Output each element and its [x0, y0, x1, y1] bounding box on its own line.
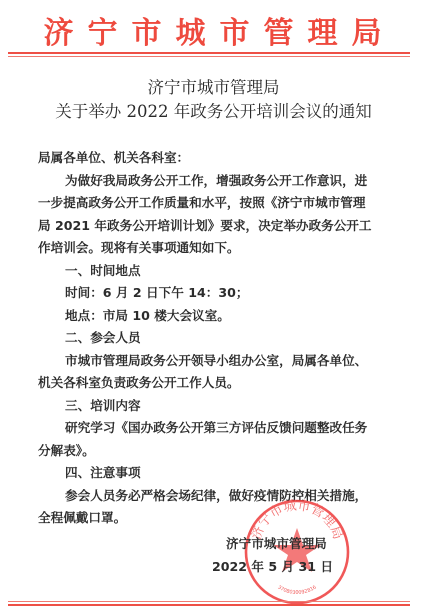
section-heading-attendees: 二、参会人员 — [38, 327, 388, 350]
section-heading-time-place: 一、时间地点 — [38, 260, 388, 283]
masthead-rule-thick — [8, 52, 410, 54]
document-title-line2: 关于举办 2022 年政务公开培训会议的通知 — [0, 100, 427, 124]
document-title-line1: 济宁市城市管理局 — [0, 76, 427, 100]
intro-line: 一步提高政务公开工作质量和水平，按照《济宁市城市管理 — [38, 192, 388, 215]
section-line: 市城市管理局政务公开领导小组办公室，局属各单位、 — [38, 350, 388, 373]
intro-line: 局 2021 年政务公开培训计划》要求，决定举办政务公开工 — [38, 215, 388, 238]
document-body: 局属各单位、机关各科室： 为做好我局政务公开工作，增强政务公开工作意识，进 一步… — [38, 147, 388, 530]
section-line: 机关各科室负责政务公开工作人员。 — [38, 372, 388, 395]
masthead-rule-thin — [8, 56, 410, 57]
section-line: 参会人员务必严格会场纪律，做好疫情防控相关措施， — [38, 485, 388, 508]
section-heading-notes: 四、注意事项 — [38, 462, 388, 485]
footer-rule-thin — [8, 601, 410, 602]
section-line: 时间：6 月 2 日下午 14：30； — [38, 282, 388, 305]
signature-date: 2022 年 5 月 31 日 — [212, 556, 333, 575]
svg-text:3708030092816: 3708030092816 — [276, 584, 317, 596]
intro-line: 作培训会。现将有关事项通知如下。 — [38, 237, 388, 260]
section-line: 研究学习《国办政务公开第三方评估反馈问题整改任务 — [38, 417, 388, 440]
section-line: 全程佩戴口罩。 — [38, 507, 388, 530]
section-line: 地点：市局 10 楼大会议室。 — [38, 305, 388, 328]
footer-rule-thick — [8, 604, 410, 606]
section-line: 分解表》。 — [38, 440, 388, 463]
masthead-org-name: 济宁市城市管理局 — [0, 14, 427, 54]
section-heading-content: 三、培训内容 — [38, 395, 388, 418]
intro-line: 为做好我局政务公开工作，增强政务公开工作意识，进 — [38, 170, 388, 193]
salutation: 局属各单位、机关各科室： — [38, 147, 388, 170]
seal-serial: 3708030092816 — [276, 584, 317, 596]
signature-org: 济宁市城市管理局 — [226, 533, 327, 552]
